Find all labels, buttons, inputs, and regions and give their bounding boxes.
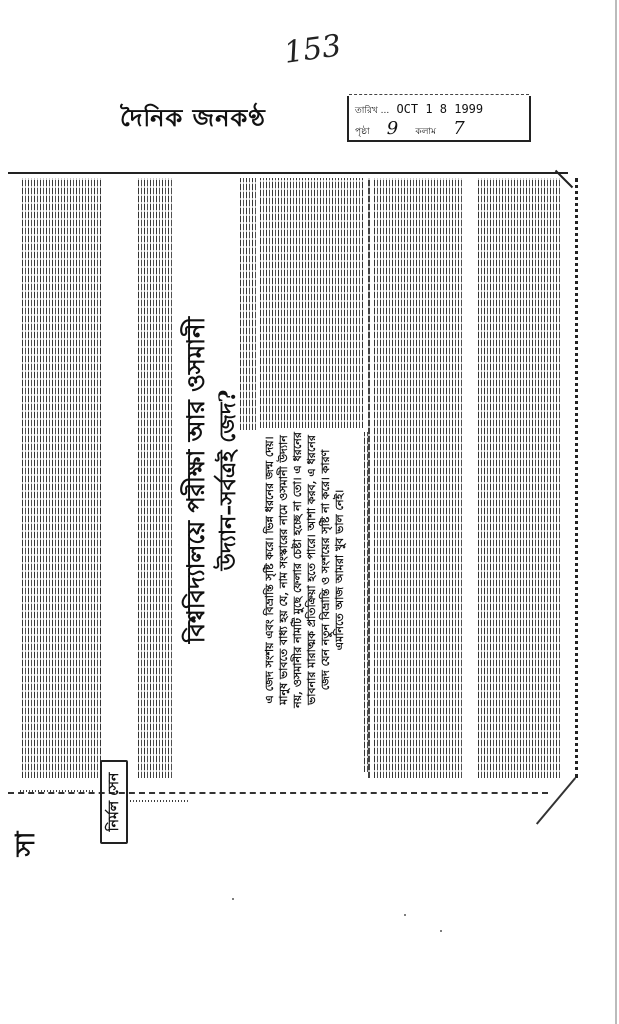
lower-rule-2 [130,800,190,802]
stamp-date-value: OCT 1 8 1999 [396,102,483,116]
newspaper-masthead: দৈনিক জনকণ্ঠ [120,100,266,140]
text-column-2 [138,178,174,778]
article-headline: বিশ্ববিদ্যালয়ে পরীক্ষা আর ওসমানী উদ্যান… [180,180,244,780]
headline-text: বিশ্ববিদ্যালয়ে পরীক্ষা আর ওসমানী উদ্যান… [180,180,244,780]
date-stamp: তারিখ ... OCT 1 8 1999 পৃষ্ঠা 9 কলাম 7 [347,96,531,142]
text-column-1 [22,178,102,778]
stamp-column-value: 7 [453,118,464,139]
text-column-4 [374,178,464,778]
stamp-page-value: 9 [387,118,398,139]
stamp-page-label: পৃষ্ঠা [355,127,370,137]
column-rule [368,178,370,778]
stamp-date-label: তারিখ ... [355,106,389,116]
lower-rule [20,790,94,792]
text-column-5 [478,178,560,778]
handwritten-page-number: 153 [282,28,344,71]
headline-line-2: উদ্যান–সর্বত্রই জেদ? [212,180,244,780]
stamp-date-row: তারিখ ... OCT 1 8 1999 [355,102,483,118]
scan-speck [404,914,406,916]
text-column-3c [364,432,368,772]
ink-slash-mark [536,777,576,824]
pull-quote: এ জেদ সংশয় এবং বিভ্রান্তি সৃষ্টি করে। ভ… [250,430,360,710]
drop-cap: সা [12,824,42,864]
clipping-top-border [8,172,568,174]
stamp-page-row: পৃষ্ঠা 9 কলাম 7 [355,118,479,139]
stamp-column-label: কলাম [415,127,436,137]
clipping-right-border [575,178,578,778]
pull-quote-text: এ জেদ সংশয় এবং বিভ্রান্তি সৃষ্টি করে। ভ… [263,430,347,710]
drop-cap-letter: সা [5,832,49,857]
author-byline: নির্মল সেন [102,773,126,832]
scan-speck [440,930,442,932]
text-column-3b [260,178,364,428]
stamp-top-line [349,94,529,95]
scan-speck [232,898,234,900]
scan-edge [615,0,617,1024]
author-byline-box: নির্মল সেন [100,760,128,844]
clipping-bottom-border [8,792,548,794]
headline-line-1: বিশ্ববিদ্যালয়ে পরীক্ষা আর ওসমানী [180,180,212,780]
